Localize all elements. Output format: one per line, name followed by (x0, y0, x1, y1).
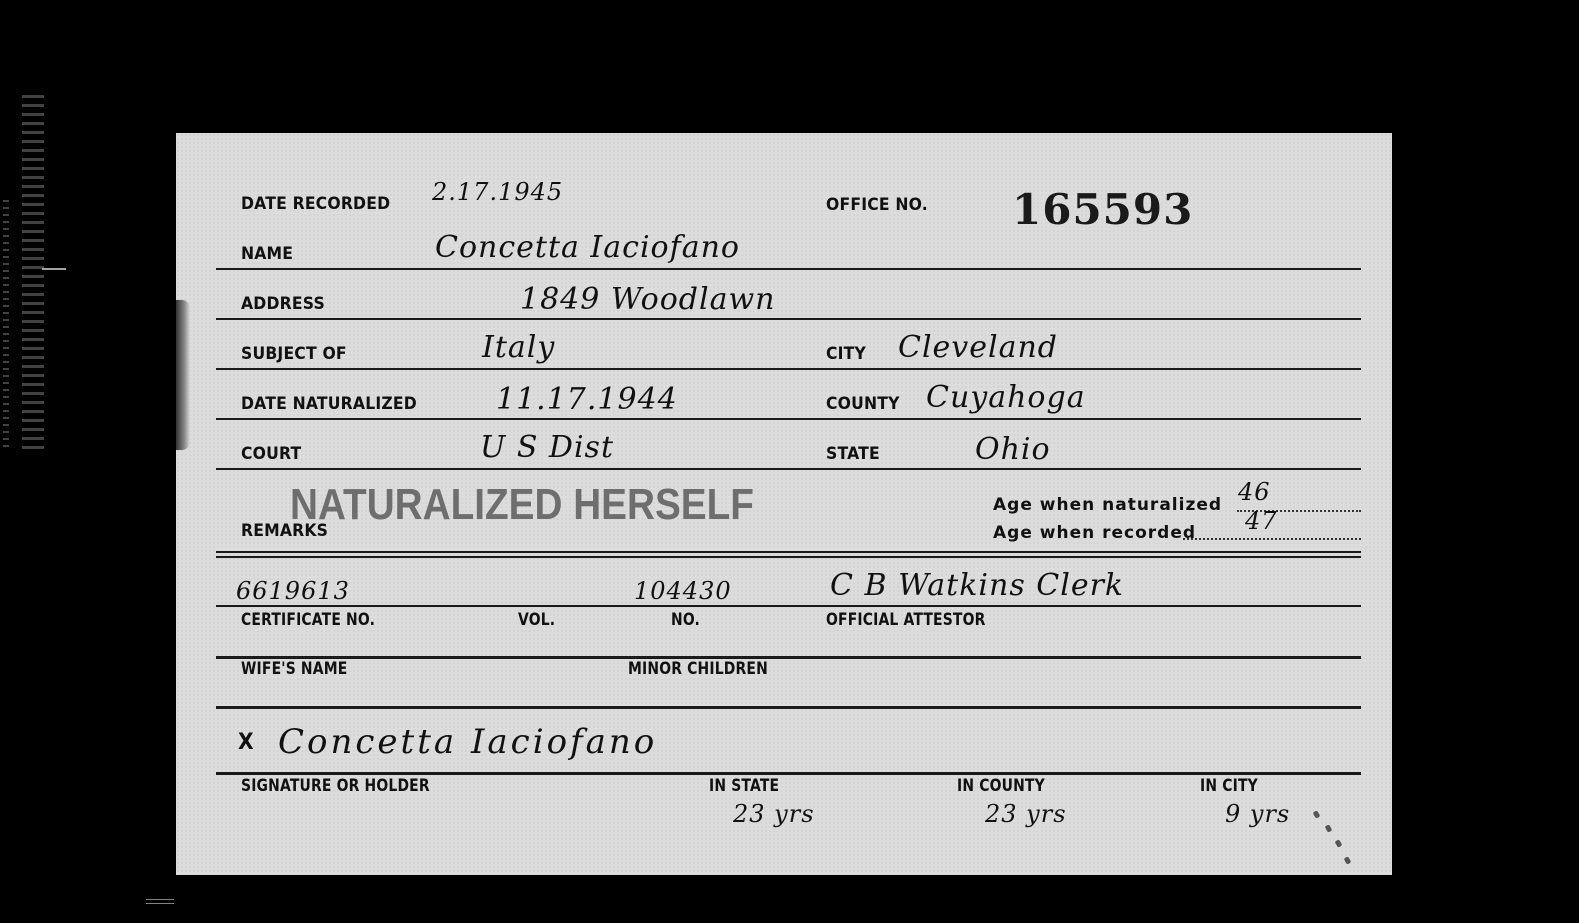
naturalized-herself-stamp: NATURALIZED HERSELF (290, 480, 754, 530)
address-value: 1849 Woodlawn (520, 282, 776, 317)
no-label: NO. (671, 610, 700, 630)
remarks-label: REMARKS (241, 521, 328, 541)
dotted-line (1183, 538, 1361, 540)
signature-value: Concetta Iaciofano (278, 722, 657, 762)
subject-of-value: Italy (482, 330, 555, 365)
age-naturalized-label: Age when naturalized (993, 495, 1222, 515)
film-mark (42, 268, 66, 270)
name-value: Concetta Iaciofano (435, 230, 740, 265)
in-state-label: IN STATE (709, 776, 779, 796)
divider (216, 656, 1361, 659)
date-recorded-value: 2.17.1945 (432, 178, 563, 206)
divider (216, 418, 1361, 420)
divider-double-top (216, 551, 1361, 553)
card-edge-shadow (176, 300, 190, 450)
no-value: 104430 (634, 577, 732, 605)
signature-label: SIGNATURE OR HOLDER (241, 776, 430, 796)
divider (216, 468, 1361, 470)
court-label: COURT (241, 444, 301, 464)
in-county-label: IN COUNTY (957, 776, 1045, 796)
state-label: STATE (826, 444, 880, 464)
in-city-label: IN CITY (1200, 776, 1258, 796)
age-recorded-value: 47 (1245, 507, 1278, 535)
city-value: Cleveland (898, 330, 1058, 365)
film-mark-bottom (146, 899, 174, 904)
attestor-label: OFFICIAL ATTESTOR (826, 610, 986, 630)
subject-of-label: SUBJECT OF (241, 344, 347, 364)
divider (216, 772, 1361, 775)
age-naturalized-value: 46 (1238, 478, 1271, 506)
vol-label: VOL. (518, 610, 555, 630)
office-no-label: OFFICE NO. (826, 195, 928, 215)
age-recorded-label: Age when recorded (993, 523, 1196, 543)
date-naturalized-label: DATE NATURALIZED (241, 394, 417, 414)
certificate-no-value: 6619613 (236, 577, 350, 605)
divider (216, 318, 1361, 320)
county-label: COUNTY (826, 394, 900, 414)
name-label: NAME (241, 244, 293, 264)
state-value: Ohio (975, 432, 1051, 467)
county-value: Cuyahoga (926, 380, 1086, 415)
address-label: ADDRESS (241, 294, 325, 314)
office-no-value: 165593 (1012, 185, 1193, 234)
date-naturalized-value: 11.17.1944 (496, 382, 678, 417)
divider (216, 605, 1361, 607)
signature-x-mark: X (238, 730, 254, 755)
in-state-value: 23 yrs (733, 800, 815, 828)
minor-children-label: MINOR CHILDREN (628, 659, 768, 679)
certificate-no-label: CERTIFICATE NO. (241, 610, 375, 630)
wifes-name-label: WIFE'S NAME (241, 659, 347, 679)
city-label: CITY (826, 344, 866, 364)
in-county-value: 23 yrs (985, 800, 1067, 828)
court-value: U S Dist (480, 430, 614, 465)
attestor-value: C B Watkins Clerk (830, 568, 1124, 603)
film-perforation-strip (22, 95, 44, 450)
film-perforation-strip-outer (3, 200, 9, 450)
in-city-value: 9 yrs (1225, 800, 1290, 828)
divider-double-bottom (216, 556, 1361, 558)
divider (216, 706, 1361, 709)
divider (216, 368, 1361, 370)
divider (216, 268, 1361, 270)
date-recorded-label: DATE RECORDED (241, 194, 390, 214)
